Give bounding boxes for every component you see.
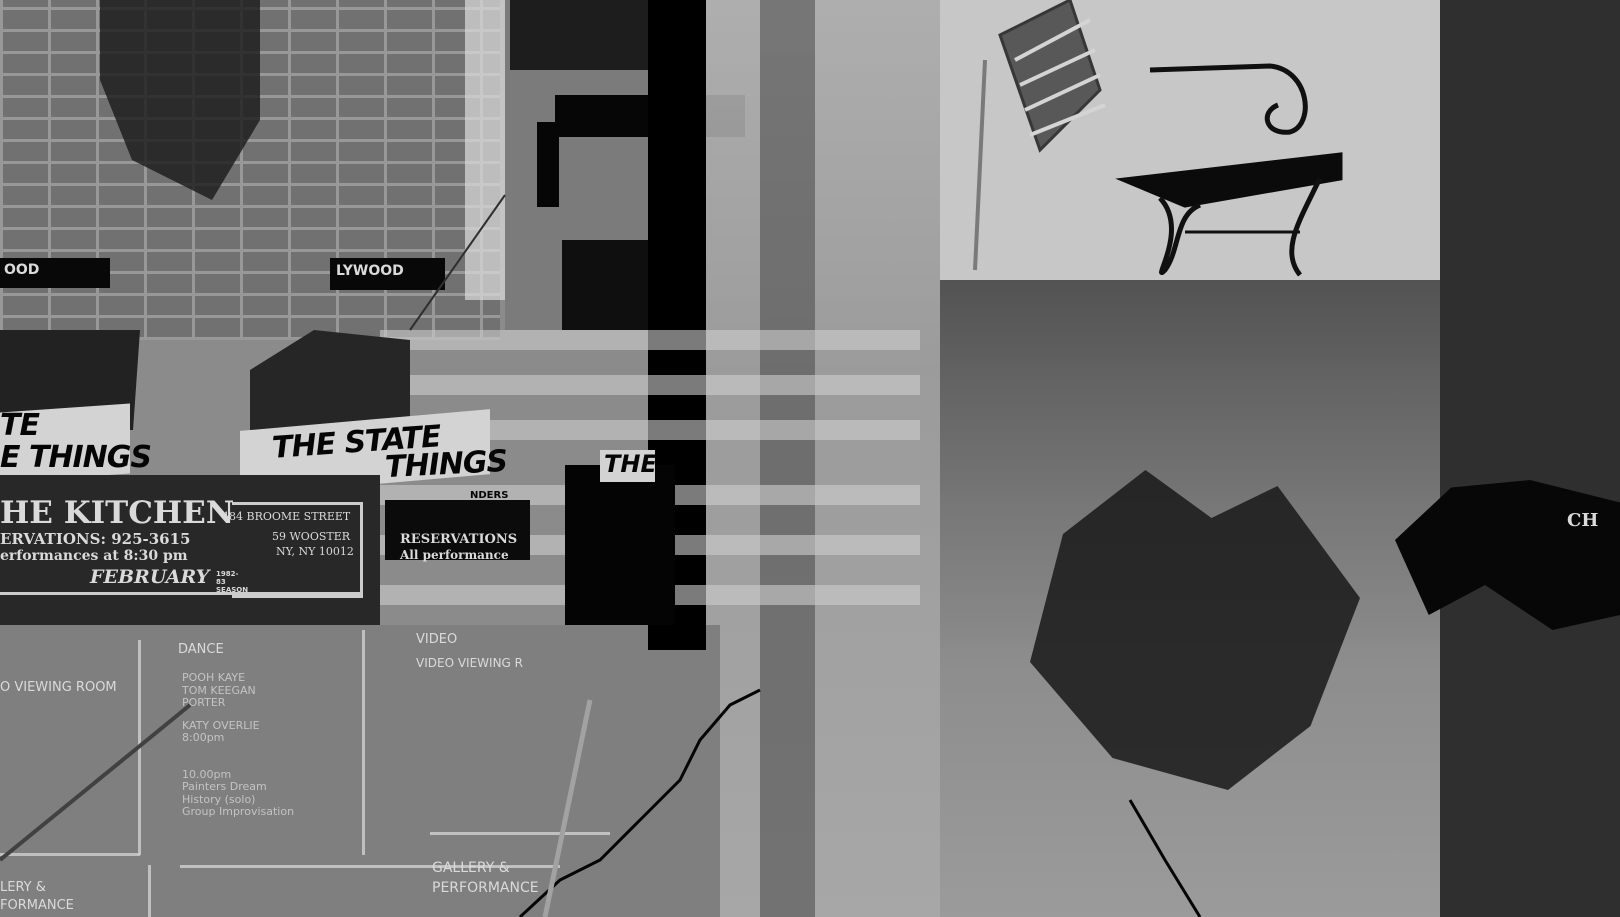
garden-chair (975, 0, 1340, 275)
wall-crack (1130, 800, 1200, 917)
diagonal-streak (0, 705, 190, 860)
overlay-drawing (0, 0, 1620, 917)
diagonal-streak (545, 700, 590, 917)
cable (410, 195, 505, 330)
multiple-exposure-photo: OOD LYWOOD TE E THINGS THE STATE THINGS … (0, 0, 1620, 917)
wall-crack (520, 690, 760, 917)
